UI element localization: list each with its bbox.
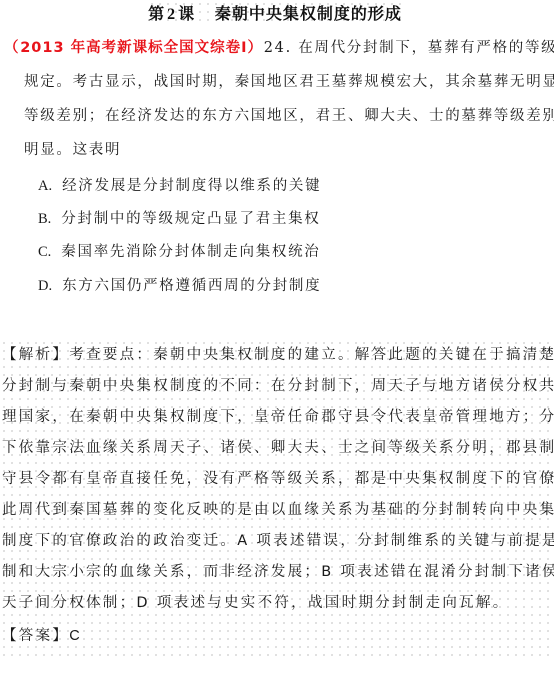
analysis-block: 【解析】考查要点：秦朝中央集权制度的建立。解答此题的关键在于搞清楚周代 分封制与… <box>0 339 554 661</box>
analysis-line: 制度下的官僚政治的政治变迁。A 项表述错误，分封制维系的关键与前提是井田 <box>2 531 554 551</box>
option-d: D.东方六国仍严格遵循西周的分封制度 <box>38 276 321 296</box>
analysis-line: 守县令都有皇帝直接任免，没有严格等级关系，都是中央集权制度下的官僚。因 <box>2 469 554 489</box>
option-label: D. <box>38 278 52 294</box>
lesson-suffix: 课 <box>178 4 195 23</box>
question-stem-line: 24. 在周代分封制下，墓葬有严格的等级 <box>264 40 554 56</box>
lesson-title: 第2课 秦朝中央集权制度的形成 <box>148 0 402 27</box>
answer-label: 【答案】 <box>2 628 69 644</box>
option-text: 秦国率先消除分封体制走向集权统治 <box>61 244 320 260</box>
analysis-line: 【解析】考查要点：秦朝中央集权制度的建立。解答此题的关键在于搞清楚周代 <box>2 345 554 365</box>
analysis-line: 此周代到秦国墓葬的变化反映的是由以血缘关系为基础的分封制转向中央集权 <box>2 500 554 520</box>
analysis-line: 下依靠宗法血缘关系周天子、诸侯、卿大夫、士之间等级关系分明，郡县制下郡 <box>2 438 554 458</box>
lesson-number: 2 <box>167 6 176 23</box>
question-first-line: （2013 年高考新课标全国文综卷Ⅰ）24. 在周代分封制下，墓葬有严格的等级 <box>4 38 554 58</box>
lesson-name: 秦朝中央集权制度的形成 <box>215 4 402 23</box>
option-text: 东方六国仍严格遵循西周的分封制度 <box>62 278 321 294</box>
option-label: C. <box>38 244 51 260</box>
question-source: 2013 年高考新课标全国文综卷Ⅰ <box>20 40 247 56</box>
analysis-line: 制和大宗小宗的血缘关系，而非经济发展；B 项表述错在混淆分封制下诸侯与周 <box>2 562 554 582</box>
answer-line: 【答案】C <box>2 626 82 646</box>
source-open-paren: （ <box>4 39 20 56</box>
question-stem-line: 明显。这表明 <box>24 140 121 160</box>
lesson-prefix: 第 <box>148 4 165 23</box>
question-stem-line: 等级差别；在经济发达的东方六国地区，君王、卿大夫、士的墓葬等级差别 <box>24 106 554 126</box>
option-a: A.经济发展是分封制度得以维系的关键 <box>38 176 321 196</box>
option-label: A. <box>38 178 52 194</box>
question-stem-line: 规定。考古显示，战国时期，秦国地区君王墓葬规模宏大，其余墓葬无明显 <box>24 72 554 92</box>
source-close-paren: ） <box>248 39 264 56</box>
analysis-line: 分封制与秦朝中央集权制度的不同：在分封制下，周天子与地方诸侯分权共同管 <box>2 376 554 396</box>
option-text: 经济发展是分封制度得以维系的关键 <box>62 178 321 194</box>
analysis-line: 天子间分权体制；D 项表述与史实不符，战国时期分封制走向瓦解。 <box>2 593 510 613</box>
option-text: 分封制中的等级规定凸显了君主集权 <box>61 211 320 227</box>
option-c: C.秦国率先消除分封体制走向集权统治 <box>38 242 321 262</box>
option-b: B.分封制中的等级规定凸显了君主集权 <box>38 209 321 229</box>
analysis-line: 理国家，在秦朝中央集权制度下，皇帝任命郡守县令代表皇帝管理地方；分封制 <box>2 407 554 427</box>
option-label: B. <box>38 211 51 227</box>
answer-value: C <box>69 628 82 644</box>
